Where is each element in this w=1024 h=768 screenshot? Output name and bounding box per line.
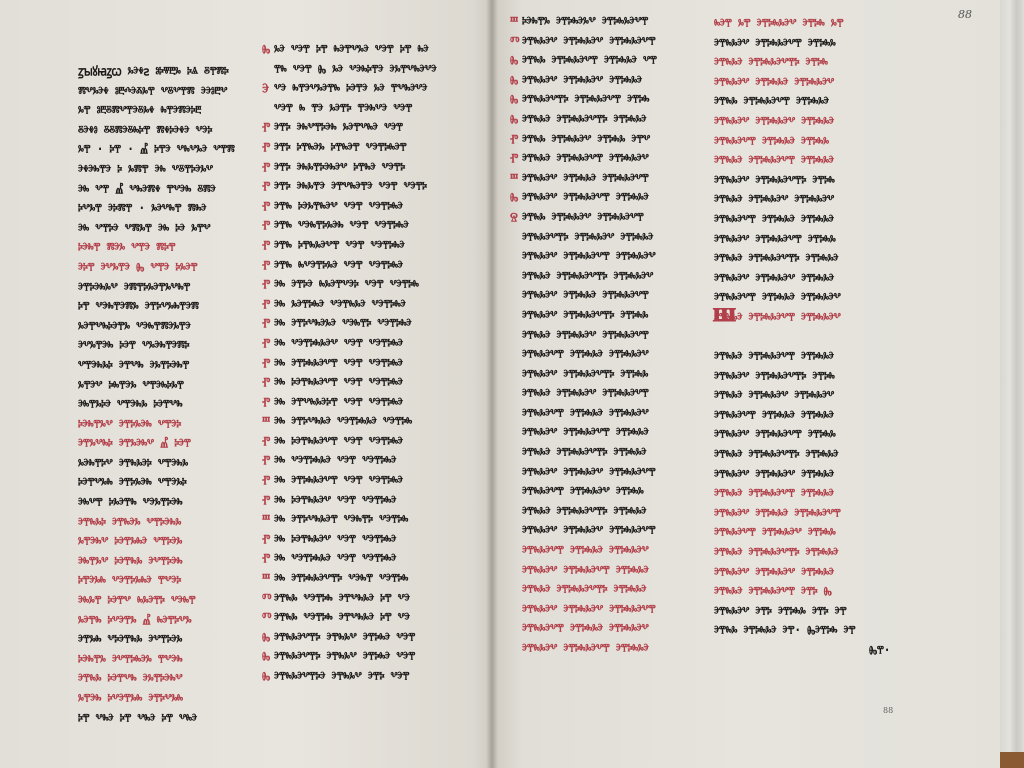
line-text: ⰵⰸ ⰵⰹⰽⰵ ⰸⰳⰵⰹⰲⰵⰽ ⰲⰵⰹ ⰲⰵⰹⰽⰸ [274,276,419,292]
line-text: ⰵⰽⰹ ⰵⰲⰳⰹⰵ Ⰸ ⰲⰹⰵ ⰽⰳⰵⰹ [78,259,197,275]
line-text: ⰵⰹⰸⰳⰵⰲⰹⰽ ⰵⰹⰽⰸⰳⰵⰲⰹ ⰵⰹⰽⰸ [522,91,649,107]
line-text: ⰵⰸ ⰵⰹⰲⰸⰳⰵⰽⰹ ⰲⰵⰹ ⰲⰵⰹⰽⰸⰵ [274,394,403,410]
line-text: ꙁꙑꙋꙗꙁꙍ ⰳⰵⰷꙅ ⱁⰽⱋⰱⰳ ⰽⱑ ⰻⰹⰿⰽ [78,63,228,79]
line-text: ⰵⰸⰹⰳⰽⰵ ⰲⰹⰵⰸⰳ ⰽⰵⰹⰲⰸ [78,396,182,412]
line-text: ⰽⰵⰸⰹ ⰿⰵⰳ ⰲⰹⰵ ⰿⰽⰹ [78,239,175,255]
line-text: ⰽⰵⰹⰲⰳⰸ ⰵⰹⰽⰳⰵⰸ ⰲⰹⰵⰳⰽ [78,474,186,490]
line-text: ⰲⰵ ⰸⰹⰵⰲⰳⰵⰹⰸ ⰽⰵⰹⰵ ⰳⰵ ⰹⰲⰸⰵⰲⰵ [274,80,427,96]
line-text: ⰵⰹⰸⰳⰵ ⰵⰹⰽⰸⰳⰵⰲⰹ ⰵⰹⰽⰸⰳⰵ [714,152,834,168]
line-text: ⰵⰹⰸ ⰽⰹⰸⰳⰵⰲⰹ ⰲⰵⰹ ⰲⰵⰹⰽⰸⰵ [274,237,404,253]
line-text: ⰵⰹⰸⰳⰵⰲ ⰵⰹⰽⰸⰳⰵ ⰵⰹⰽⰸⰳⰵⰲ [714,74,834,90]
line-text: ⰽⰹ ⰲⰵⰸⰹⰵⰿⰳ ⰵⰹⰽⰲⰳⰸⰹⰵⰿ [78,298,199,314]
line-text: ⰵⰹⰸⰳⰵⰲ ⰵⰹⰽⰸⰳⰵⰲⰹ ⰵⰹⰽⰸⰳⰵ [522,189,648,205]
line-text: ⰹⰸ ⰲⰵⰹ Ⰸ ⰳⰵ ⰲⰵⰸⰽⰹⰵ ⰵⰳⰹⰲⰸⰵⰲⰵ [274,60,436,76]
line-text: ⰵⰹⰸⰳⰵⰲ ⰵⰹⰽⰸⰳⰵⰲ ⰵⰹⰽⰸⰳⰵⰲⰹ [522,522,655,538]
line-text: ⰵⰹⰸ ⰲⰵⰸⰹⰽⰳⰵⰸ ⰲⰵⰹ ⰲⰵⰹⰽⰸⰵ [274,217,409,233]
line-text: ⰵⰹⰸⰳⰵ ⰵⰹⰽⰸⰳⰵⰲ ⰵⰹⰽⰸⰳⰵⰲⰹ [522,326,648,342]
line-text: ⰳⰹⰵⰲ ⰽⰸⰹⰵⰳ ⰲⰹⰵⰸⰽⰳⰹ [78,376,184,392]
line-text: ⰵⰹⰳⰸ ⰲⰽⰵⰹⰸⰳ ⰵⰲⰹⰽⰵⰳ [78,631,182,647]
line-text: ⰵⰹⰸⰳⰵⰲ ⰵⰹⰽⰸⰳⰵⰲⰹ ⰵⰹⰽⰸⰳ [714,426,835,442]
line-text: ⰵⰹⰸⰳⰵⰲ ⰵⰹⰽⰸⰳⰵⰲⰹⰽ ⰵⰹⰽⰸ [714,172,834,188]
text-line: ⰵⰹⰸⰳⰵⰲ ⰵⰹⰽⰸⰳⰵⰲⰹ ⰵⰹⰽⰸⰳⰵ [510,638,698,661]
line-text: ⰵⰹⰸⰳⰵ ⰵⰹⰽⰸⰳⰵⰲ ⰵⰹⰽⰸⰳⰵⰲ [714,191,834,207]
line-text: ⰽⰵⰸⰹⰳ ⰵⰹⰽⰸⰵⰳⰲ ⰵⰹⰽⰸⰳⰵⰲⰹ [522,13,648,29]
left-page-column-1: ꙁꙑꙋꙗꙁꙍ ⰳⰵⰷꙅ ⱁⰽⱋⰱⰳ ⰽⱑ ⰻⰹⰿⰽⰿⰲⰳⰵⰷ ⱁⰱⰴⰵⰶⰳⰹ ⰲ… [78,62,246,728]
text-line: ⰽⰹ ⰲⰸⰵ ⰽⰹ ⰲⰸⰵ ⰽⰹ ⰲⰸⰵ [78,707,246,730]
line-text: ⰵⰹⰸⰳⰵⰲ ⰵⰹⰽⰸⰳⰵⰲ ⰵⰹⰽⰸⰳⰵ [714,270,834,286]
decorated-initial-letter: Ⱎ [712,300,737,340]
line-text: ⰵⰹⰸⰳⰵ ⰵⰹⰽⰸⰳⰵⰲⰹⰽ ⰵⰹⰽⰸⰳⰵ [522,503,646,519]
line-text: ⰲⰹⰵⰸⰳⰽ ⰵⰹⰲⰸ ⰵⰳⰹⰽⰵⰸⰹ [78,357,189,373]
line-text: ⰵⰹⰸ ⰽⰵⰳⰹⰸⰵⰲ ⰲⰵⰹ ⰲⰵⰹⰽⰸⰵ [274,198,403,214]
line-text: ⰵⰹⰸⰳⰵ ⰵⰹⰽⰸⰳⰵⰲⰹⰽ ⰵⰹⰽⰸⰳⰵ [522,111,646,127]
printed-page-number: 88 [883,706,893,715]
line-text: ⰵⰹⰸⰳⰽ ⰵⰹⰸⰵⰳ ⰲⰹⰽⰵⰸⰳ [78,513,181,529]
line-text: ⰳⰹ ⱁⰱⰻⰿⰲⰹⰵⰻⰳⰷ ⰸⰹⰵⰿⰵⰽⰱ [78,102,201,118]
line-text: ⰳⰹⰵⰸⰲ ⰽⰵⰹⰳⰸⰵ ⰲⰹⰽⰵⰳ [78,533,182,549]
line-text: ⰵⰸ ⰵⰹⰽⰸⰳⰵⰲⰹ ⰲⰵⰹ ⰲⰵⰹⰽⰸⰵ [274,472,403,488]
line-text: ⰵⰹⰸⰳⰵ ⰵⰹⰽⰸⰳⰵⰲⰹ ⰵⰹⰽⰸⰳⰵ [714,348,834,364]
line-text: ⰵⰹⰸⰳ ⰲⰵⰹⰽⰸ ⰵⰹⰲⰸⰳⰵ ⰽⰹ ⰲⰵ [274,609,410,625]
line-text: ⰵⰹⰸⰳⰵⰲⰹ ⰵⰹⰽⰸⰳⰵⰲ ⰵⰹⰽⰸⰳ [522,483,643,499]
line-text: ⰸⰵⰹ ⰳⰹ ⰵⰹⰽⰸⰳⰵⰲ ⰵⰹⰽⰸ ⰳⰹ [714,15,843,31]
text-line: Ⰸⰵⰹⰸⰳⰵⰲⰹⰽⰵ ⰵⰹⰸⰳⰲ ⰵⰹⰽ ⰲⰵⰹ [262,666,452,689]
line-text: ⰵⰹⰸⰳⰵⰲ ⰵⰹⰽⰸⰳⰵⰲ ⰵⰹⰽⰸⰳⰵ [714,563,834,579]
book-cover-corner [1000,752,1024,768]
line-text: ⰵⰷⰵⰸⰹⰵ ⰽ ⰳⰿⰹ ⰵⰸ ⰲⰻⰹⰽⰵⰳⰲ [78,161,213,177]
line-text: ⰵⰹⰸⰳⰵⰲⰹ ⰵⰹⰽⰸⰳⰵ ⰵⰹⰽⰸⰳⰵⰲ [522,346,648,362]
line-text: ⰵⰹⰸⰳⰵⰲ ⰵⰹⰽⰸⰳⰵⰲ ⰵⰹⰽⰸⰳⰵ [714,113,834,129]
handwritten-page-number: 88 [958,8,972,21]
line-text: ⰵⰹⰸⰳ ⰲⰵⰹⰽⰸ ⰵⰹⰲⰸⰳⰵ ⰽⰹ ⰲⰵ [274,589,410,605]
line-text: ⰵⰹⰸⰳⰵⰲ ⰵⰹⰽⰸⰳⰵ ⰵⰹⰽⰸⰳⰵⰲⰹ [522,170,648,186]
line-text: ⰵⰹⰸⰳⰵⰲⰹⰽⰵ ⰵⰹⰸⰳⰲ ⰵⰹⰽ ⰲⰵⰹ [274,668,409,684]
line-text: ⰳⰵⰸⰹⰽⰲ ⰵⰹⰸⰳⰵⰽ ⰲⰹⰵⰸⰳ [78,455,188,471]
line-text: ⰵⰹⰸⰳⰵ ⰵⰹⰽⰸⰳⰵⰲⰹ ⰵⰹⰽ Ⰸ [714,583,832,599]
line-text: ⰵⰹⰸⰳⰵⰲⰹ ⰵⰹⰽⰸⰳⰵⰲ ⰵⰹⰽⰸⰳ [714,524,835,540]
line-text: ⰵⰹⰸⰳⰵⰲ ⰵⰹⰽⰸⰳⰵⰲⰹ ⰵⰹⰽⰸⰳⰵ [522,561,648,577]
line-text: ⰵⰹⰸⰳⰵⰲⰹⰽ ⰵⰹⰸⰳⰲ ⰵⰹⰽⰸⰵ ⰲⰵⰹ [274,648,415,664]
line-text: ⰵⰹⰸⰳⰵ ⰵⰹⰽⰸⰳⰵⰲⰹ ⰵⰹⰽⰸⰳⰵⰲ [522,150,648,166]
rubric-marker: Ⰸ [262,666,274,689]
line-text: ⰵⰸⰹⰳⰲ ⰽⰵⰹⰸⰳ ⰵⰲⰹⰽⰵⰸ [78,553,182,569]
line-text: ⰵⰹⰸⰳⰵ ⰵⰹⰽⰸⰳⰵⰲⰹⰽ ⰵⰹⰽⰸ [714,54,828,70]
line-text: ⰵⰸ ⰲⰹ Ⰼ ⰲⰸⰵⰿⰷ ⰹⰲⰵⰸ ⰻⰿⰵ [78,180,216,196]
line-text: ⰳⰵⰹⰲⰸⰽⰵⰹⰳ ⰲⰵⰸⰹⰿⰵⰳⰹⰵ [78,318,190,334]
book-gutter [486,0,498,768]
line-text: ⰵⰹⰸⰳⰵⰲⰹ ⰵⰹⰽⰸⰳⰵ ⰵⰹⰽⰸⰳⰵⰲ [522,405,648,421]
line-text: ⰵⰹⰸⰳⰵⰲ ⰵⰹⰽⰸⰳⰵⰲⰹⰽ ⰵⰹⰽⰸ [714,368,834,384]
line-text: ⰵⰹⰸⰳⰵⰲ ⰵⰹⰽ ⰵⰹⰽⰸⰳ ⰵⰹⰽ ⰵⰹ [714,603,846,619]
line-text: ⰵⰸ ⰵⰹⰽⰲⰸⰳⰵⰹ ⰲⰵⰸⰹⰽ ⰲⰵⰹⰽⰸ [274,511,408,527]
line-text: ⰵⰹⰸⰳⰵⰲ ⰵⰹⰽⰸⰳⰵⰲⰹ ⰵⰹⰽⰸⰳ [714,34,835,50]
line-text: ⰵⰹⰸⰳ ⰵⰹⰽⰸⰳⰵ ⰵⰹ· Ⰸⰵⰹⰽⰸ ⰵⰹ [714,622,855,638]
line-text: ⰵⰸ ⰵⰹⰽⰲⰸⰵⰳⰵ ⰲⰵⰸⰹⰽ ⰲⰵⰹⰽⰸⰵ [274,315,411,331]
line-text: ⰵⰹⰸⰳⰵⰲⰹ ⰵⰹⰽⰸⰳⰵ ⰵⰹⰽⰸⰳⰵ [714,211,834,227]
line-text: ⰻⰵⰷⱁ ⰻⰻⰿⰵⰻⰸⰽⰹ ⰿⰷⰽⰵⰷⰵ ⰲⰵⰽ [78,122,212,138]
line-text: ⰵⰹⰸⰳⰵ ⰵⰹⰽⰸⰳⰵⰲ ⰵⰹⰽⰸⰳⰵⰲⰹ [522,385,648,401]
line-text: ⰵⰹⰽ ⰵⰸⰳⰹⰽⰵⰸⰵⰲ ⰽⰹⰸⰵ ⰲⰵⰹⰽ [274,158,405,174]
line-text: ⰵⰹⰸⰳⰵⰲⰹⰽ ⰵⰹⰸⰳⰲ ⰵⰹⰽⰸⰵ ⰲⰵⰹ [274,629,415,645]
line-text: ⰵⰹⰸⰳⰵⰲ ⰵⰹⰽⰸⰳⰵⰲⰹ ⰵⰹⰽⰸⰳ [714,230,835,246]
line-text: ⰽⰵⰸⰹⰳ ⰵⰲⰹⰽⰸⰵⰳ ⰹⰲⰵⰸ [78,651,182,667]
line-text: ⰵⰹⰸⰳⰵⰲ ⰵⰹⰽⰸⰳⰵⰲ ⰵⰹⰽⰸⰳⰵⰲⰹ [522,32,655,48]
line-text: ⰵⰹⰸⰳⰵⰲ ⰵⰹⰽⰸⰳⰵ ⰵⰹⰽⰸⰳⰵⰲⰹ [522,287,648,303]
line-text: ⰵⰹⰸⰳⰵ ⰵⰹⰽⰸⰳⰵⰲⰹⰽ ⰵⰹⰽⰸⰳⰵ [522,581,646,597]
line-text: ⰵⰸ ⰵⰹⰽⰲⰸⰳⰵ ⰲⰵⰹⰽⰸⰳⰵ ⰲⰵⰹⰽⰸ [274,413,412,429]
line-text: ⰵⰹⰸⰳⰵⰲⰹ ⰵⰹⰽⰸⰳⰵ ⰵⰹⰽⰸⰳ [714,132,829,148]
line-text: ⰵⰹⰸⰳⰵ ⰵⰹⰽⰸⰳⰵⰲ ⰵⰹⰽⰸⰳⰵⰲ [714,387,834,403]
line-text: ⰵⰹⰽ ⰵⰸⰳⰹⰵ ⰵⰹⰲⰸⰵⰹⰵ ⰲⰵⰹ ⰲⰵⰹⰽ [274,178,427,194]
right-page-column-1: Ⱎⰽⰵⰸⰹⰳ ⰵⰹⰽⰸⰵⰳⰲ ⰵⰹⰽⰸⰳⰵⰲⰹⰕⰵⰹⰸⰳⰵⰲ ⰵⰹⰽⰸⰳⰵⰲ ⰵ… [510,12,698,659]
line-text: ⰵⰸ ⰽⰵⰹⰸⰳⰵⰲ ⰲⰵⰹ ⰲⰵⰹⰽⰸⰵ [274,491,396,507]
page-edges [1000,0,1024,768]
line-text: ⰵⰹⰸⰳ ⰵⰹⰽⰸⰳⰵⰲⰹ ⰵⰹⰽⰸⰳⰵ ⰲⰹ [522,52,657,68]
line-text: ⰵⰹⰸⰳⰵ ⰵⰹⰽⰸⰳⰵⰲⰹ ⰵⰹⰽⰸⰳⰵ [714,485,834,501]
line-text: ⰵⰹⰸⰳⰵⰲ ⰵⰹⰽⰸⰳⰵⰲ ⰵⰹⰽⰸⰳⰵⰲⰹ [522,601,655,617]
line-text: ⰵⰹⰸⰳ ⰽⰵⰹⰲⰸ ⰵⰳⰹⰽⰵⰸⰲ [78,670,182,686]
line-text: ⰵⰹⰸⰳⰵⰲ ⰵⰹⰽⰸⰳⰵⰲⰹ ⰵⰹⰽⰸⰳⰵⰲ [522,248,655,264]
line-text: ⰽⰵⰸⰹⰳⰲ ⰵⰹⰽⰳⰵⰸ ⰲⰹⰵⰽ [78,416,181,432]
line-text: ⰵⰹⰸⰳⰵⰲ ⰵⰹⰽⰸⰳⰵ ⰵⰹⰽⰸⰳⰵⰲⰹ [714,505,840,521]
left-page-column-2: Ⰸⰳⰵ ⰲⰵⰹ ⰽⰹ ⰸⰵⰹⰲⰳⰵ ⰲⰵⰹ ⰽⰹ ⰸⰵⰹⰸ ⰲⰵⰹ Ⰸ ⰳⰵ ⰲ… [262,40,452,687]
line-text: ⰵⰹⰸⰳ ⰵⰹⰽⰸⰳⰵⰲ ⰵⰹⰽⰸⰳ ⰵⰹⰲ [522,130,650,146]
line-text: ⰲⰵⰹ ⰸ ⰹⰵ ⰳⰵⰹⰽ ⰹⰵⰸⰲⰵ ⰲⰵⰹ [274,100,412,116]
line-text: ⰵⰹⰽ ⰵⰸⰲⰹⰽⰵⰸ ⰳⰵⰹⰲⰸⰵ ⰲⰵⰹ [274,119,403,135]
line-text: ⰽⰹ ⰲⰸⰵ ⰽⰹ ⰲⰸⰵ ⰽⰹ ⰲⰸⰵ [78,709,197,725]
line-text: ⰵⰸ ⰲⰹⰽⰵ ⰲⰿⰳⰹ ⰵⰸ ⰽⰵ ⰳⰹⰲ [78,220,210,236]
line-text: ⰵⰸ ⰵⰹⰽⰸⰳⰵⰲⰹⰽ ⰲⰵⰸⰹ ⰲⰵⰹⰽⰸ [274,570,408,586]
line-text: ⰵⰲⰳⰹⰵⰸ ⰽⰵⰹ ⰲⰳⰵⰸⰹⰵⰿⰽ [78,337,189,353]
open-book: ꙁꙑꙋꙗꙁꙍ ⰳⰵⰷꙅ ⱁⰽⱋⰱⰳ ⰽⱑ ⰻⰹⰿⰽⰿⰲⰳⰵⰷ ⱁⰱⰴⰵⰶⰳⰹ ⰲ… [0,0,1024,768]
line-text: ⰵⰹⰸⰳⰵⰲ ⰵⰹⰽⰸⰳⰵⰲⰹⰽ ⰵⰹⰽⰸⰳ [522,307,648,323]
line-text: ⰳⰵ ⰲⰵⰹ ⰽⰹ ⰸⰵⰹⰲⰳⰵ ⰲⰵⰹ ⰽⰹ ⰸⰵ [274,41,428,57]
line-text: ⰵⰸ ⰳⰵⰹⰽⰸⰵ ⰲⰵⰹⰸⰳⰵ ⰲⰵⰹⰽⰸⰵ [274,296,406,312]
line-text: ⰵⰹⰸⰳⰵⰲ ⰵⰹⰽⰸⰳⰵⰲⰹ ⰵⰹⰽⰸⰳⰵ [522,640,648,656]
line-text: ⰵⰹⰸⰳⰵ ⰵⰹⰽⰸⰳⰵⰲⰹⰽ ⰵⰹⰽⰸⰳⰵ [714,446,838,462]
line-text: ⰵⰹⰸⰳⰵ ⰵⰹⰽⰸⰳⰵⰲⰹⰽ ⰵⰹⰽⰸⰳⰵⰲ [522,268,653,284]
line-text: ⰵⰹⰸⰳⰵⰲ ⰵⰹⰽⰸⰳⰵⰲ ⰵⰹⰽⰸⰳⰵⰲⰹ [522,463,655,479]
line-text: ⰳⰹ · ⰽⰹ · Ⰼ ⰽⰹⰵ ⰲⰸⰲⰳⰵ ⰲⰹⰿ [78,141,235,157]
text-line: Ⰸⰹ· [714,640,890,663]
line-text: ⰵⰸ ⰲⰵⰹⰽⰸⰳⰵ ⰲⰵⰹ ⰲⰵⰹⰽⰸⰵ [274,452,396,468]
line-text: ⰵⰹⰸⰳⰵⰲ ⰵⰹⰽⰸⰳⰵⰲ ⰵⰹⰽⰸⰳⰵ [522,72,642,88]
right-page-column-2: ⰸⰵⰹ ⰳⰹ ⰵⰹⰽⰸⰳⰵⰲ ⰵⰹⰽⰸ ⰳⰹⰵⰹⰸⰳⰵⰲ ⰵⰹⰽⰸⰳⰵⰲⰹ ⰵⰹ… [714,14,890,661]
line-text: ⰵⰸ ⰽⰵⰹⰸⰳⰵⰲ ⰲⰵⰹ ⰲⰵⰹⰽⰸⰵ [274,531,396,547]
line-text: ⰳⰵⰹⰸ ⰽⰲⰵⰹⰳ Ⰼ ⰸⰵⰹⰽⰲⰳ [78,611,191,627]
line-text: ⰿⰲⰳⰵⰷ ⱁⰱⰴⰵⰶⰳⰹ ⰲⰻⰲⰹⰿ ⰵⰵⱁⰱⰲ [78,82,227,98]
line-text: ⰵⰹⰸⰳⰵⰲⰹⰽ ⰵⰹⰽⰸⰳⰵⰲ ⰵⰹⰽⰸⰳⰵ [522,228,653,244]
line-text: ⰵⰸ ⰽⰵⰹⰸⰳⰵⰲⰹ ⰲⰵⰹ ⰲⰵⰹⰽⰸⰵ [274,374,403,390]
line-text: ⰵⰹⰸⰳⰵⰲ ⰵⰹⰽⰸⰳⰵⰲ ⰵⰹⰽⰸⰳⰵ [714,465,834,481]
line-text: ⰵⰹⰸⰳ ⰵⰹⰽⰸⰳⰵⰲ ⰵⰹⰽⰸⰳⰵⰲⰹ [522,209,643,225]
line-text: ⰵⰸ ⰽⰵⰹⰸⰳⰵⰲⰹ ⰲⰵⰹ ⰲⰵⰹⰽⰸⰵ [274,433,403,449]
line-text: ⰳⰹⰵⰸ ⰽⰲⰵⰹⰳⰸ ⰵⰹⰽⰲⰳⰸ [78,690,183,706]
line-text: ⰽⰹⰵⰳⰸ ⰲⰵⰹⰽⰳⰸⰵ ⰹⰲⰵⰽ [78,572,181,588]
line-text: ⰵⰹⰽⰵⰸⰳⰲ ⰵⰿⰹⰽⰳⰵⰹⰳⰲⰸⰹ [78,278,190,294]
line-text: ⰵⰹⰸⰳⰵⰲ ⰵⰹⰽⰸⰳⰵⰲⰹⰽ ⰵⰹⰽⰸⰳ [522,366,648,382]
line-text: ⰵⰸⰲⰹ ⰽⰳⰵⰹⰸ ⰲⰵⰳⰹⰽⰵⰸ [78,494,182,510]
line-text: ⰵⰹⰸⰳⰵ ⰵⰹⰽⰸⰳⰵⰲⰹⰽ ⰵⰹⰽⰸⰳⰵ [522,444,646,460]
line-text: ⰵⰹⰸ ⰸⰲⰵⰹⰽⰳⰵ ⰲⰵⰹ ⰲⰵⰹⰽⰸⰵ [274,256,403,272]
line-text: ⰵⰹⰸⰳⰵⰲⰹ ⰵⰹⰽⰸⰳⰵ ⰵⰹⰽⰸⰳⰵⰲ [522,542,648,558]
line-text: ⰵⰹⰳⰲⰸⰽ ⰵⰹⰳⰵⰸⰲ Ⰼ ⰽⰵⰹ [78,435,191,451]
line-text: ⰵⰹⰽ ⰽⰹⰸⰵⰳ ⰽⰹⰸⰵⰹ ⰲⰵⰹⰽⰸⰵⰹ [274,139,406,155]
line-text: ⰵⰸⰳⰹ ⰽⰵⰹⰲ ⰸⰳⰵⰹⰽ ⰲⰵⰸⰹ [78,592,195,608]
line-text: ⰵⰹⰸⰳⰵ ⰵⰹⰽⰸⰳⰵⰲⰹⰽ ⰵⰹⰽⰸⰳⰵ [714,250,838,266]
line-text: ⰵⰸ ⰵⰹⰽⰸⰳⰵⰲⰹ ⰲⰵⰹ ⰲⰵⰹⰽⰸⰵ [274,354,403,370]
line-text: ⰵⰹⰸⰳ ⰵⰹⰽⰸⰳⰵⰲⰹ ⰵⰹⰽⰸⰳⰵ [714,93,829,109]
line-text: ⰵⰹⰸⰳⰵⰲⰹ ⰵⰹⰽⰸⰳⰵ ⰵⰹⰽⰸⰳⰵ [714,407,834,423]
line-text: ⰽⰲⰳⰹ ⰵⰽⰿⰹ · ⰳⰵⰲⰸⰹ ⰿⰸⰵ [78,200,206,216]
line-text: ⰵⰹⰸⰳⰵⰲ ⰵⰹⰽⰸⰳⰵⰲⰹ ⰵⰹⰽⰸⰳⰵ [522,424,648,440]
line-text: ⰵⰸ ⰲⰵⰹⰽⰸⰳⰵⰲ ⰲⰵⰹ ⰲⰵⰹⰽⰸⰵ [274,335,403,351]
line-text: ⰵⰹⰸⰳⰵⰲⰹ ⰵⰹⰽⰸⰳⰵ ⰵⰹⰽⰸⰳⰵⰲ [522,620,648,636]
line-text: Ⰸⰹ· [869,642,890,658]
line-text: ⰵⰸ ⰲⰵⰹⰽⰸⰳⰵ ⰲⰵⰹ ⰲⰵⰹⰽⰸⰵ [274,550,396,566]
line-text: ⰵⰹⰸⰳⰵ ⰵⰹⰽⰸⰳⰵⰲⰹⰽ ⰵⰹⰽⰸⰳⰵ [714,544,838,560]
